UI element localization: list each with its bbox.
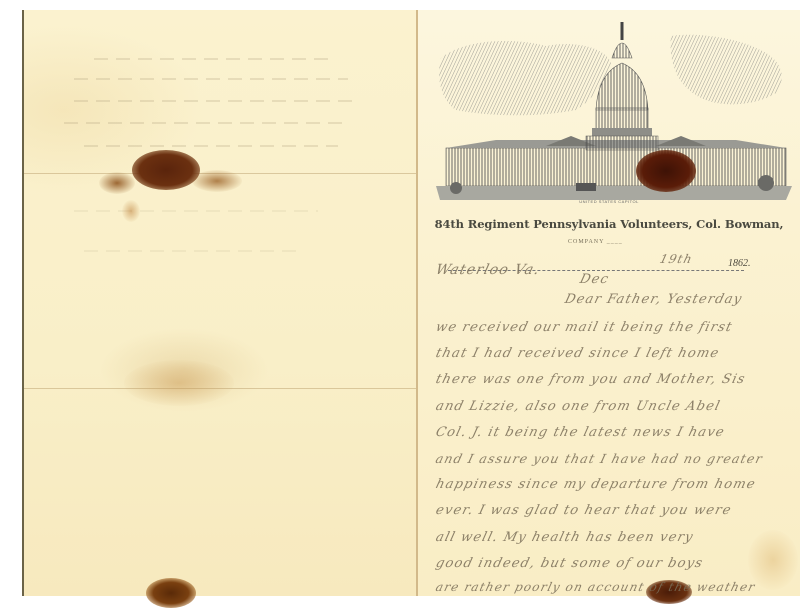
letter-line: good indeed, but some of our boys — [434, 556, 705, 571]
letter-line: happiness since my departure from home — [434, 477, 757, 492]
faded-writing-line — [84, 145, 338, 147]
capitol-engraving — [436, 18, 792, 200]
ink-stain — [636, 150, 696, 192]
dateline-month: Dec — [578, 272, 611, 287]
faded-writing-line — [84, 250, 298, 252]
faded-writing-line — [94, 58, 328, 60]
letter-line: we received our mail it being the first — [434, 320, 734, 335]
letter-line: and I assure you that I have had no grea… — [434, 451, 765, 466]
dateline-year: 1862. — [728, 258, 751, 269]
letter-line: all well. My health has been very — [434, 530, 695, 545]
faded-writing-line — [74, 78, 348, 80]
ink-stain — [192, 170, 242, 192]
water-stain — [124, 360, 234, 406]
letter-line: that I had received since I left home — [434, 346, 721, 361]
dateline-day: 19th — [658, 252, 694, 266]
letter-line: there was one from you and Mother, Sis — [434, 372, 747, 387]
regiment-heading: 84th Regiment Pennsylvania Volunteers, C… — [418, 217, 800, 231]
ink-stain — [99, 172, 135, 194]
engraving-caption: UNITED STATES CAPITOL — [418, 199, 800, 204]
ink-stain — [146, 578, 196, 608]
faded-writing-line — [74, 210, 318, 212]
letter-line: Dear Father, Yesterday — [563, 292, 744, 307]
letter-line: ever. I was glad to hear that you were — [434, 503, 733, 518]
company-line: COMPANY ____ — [568, 239, 623, 245]
letter-line: Col. J. it being the latest news I have — [434, 425, 726, 440]
letter-line: are rather poorly on account of the weat… — [434, 580, 757, 594]
faded-writing-line — [74, 100, 358, 102]
letter-line: and Lizzie, also one from Uncle Abel — [434, 399, 722, 414]
ink-stain — [122, 200, 140, 222]
ink-stain — [132, 150, 200, 190]
left-page — [22, 10, 418, 596]
faded-writing-line — [64, 122, 348, 124]
dateline-place: Waterloo Va. — [434, 262, 542, 278]
